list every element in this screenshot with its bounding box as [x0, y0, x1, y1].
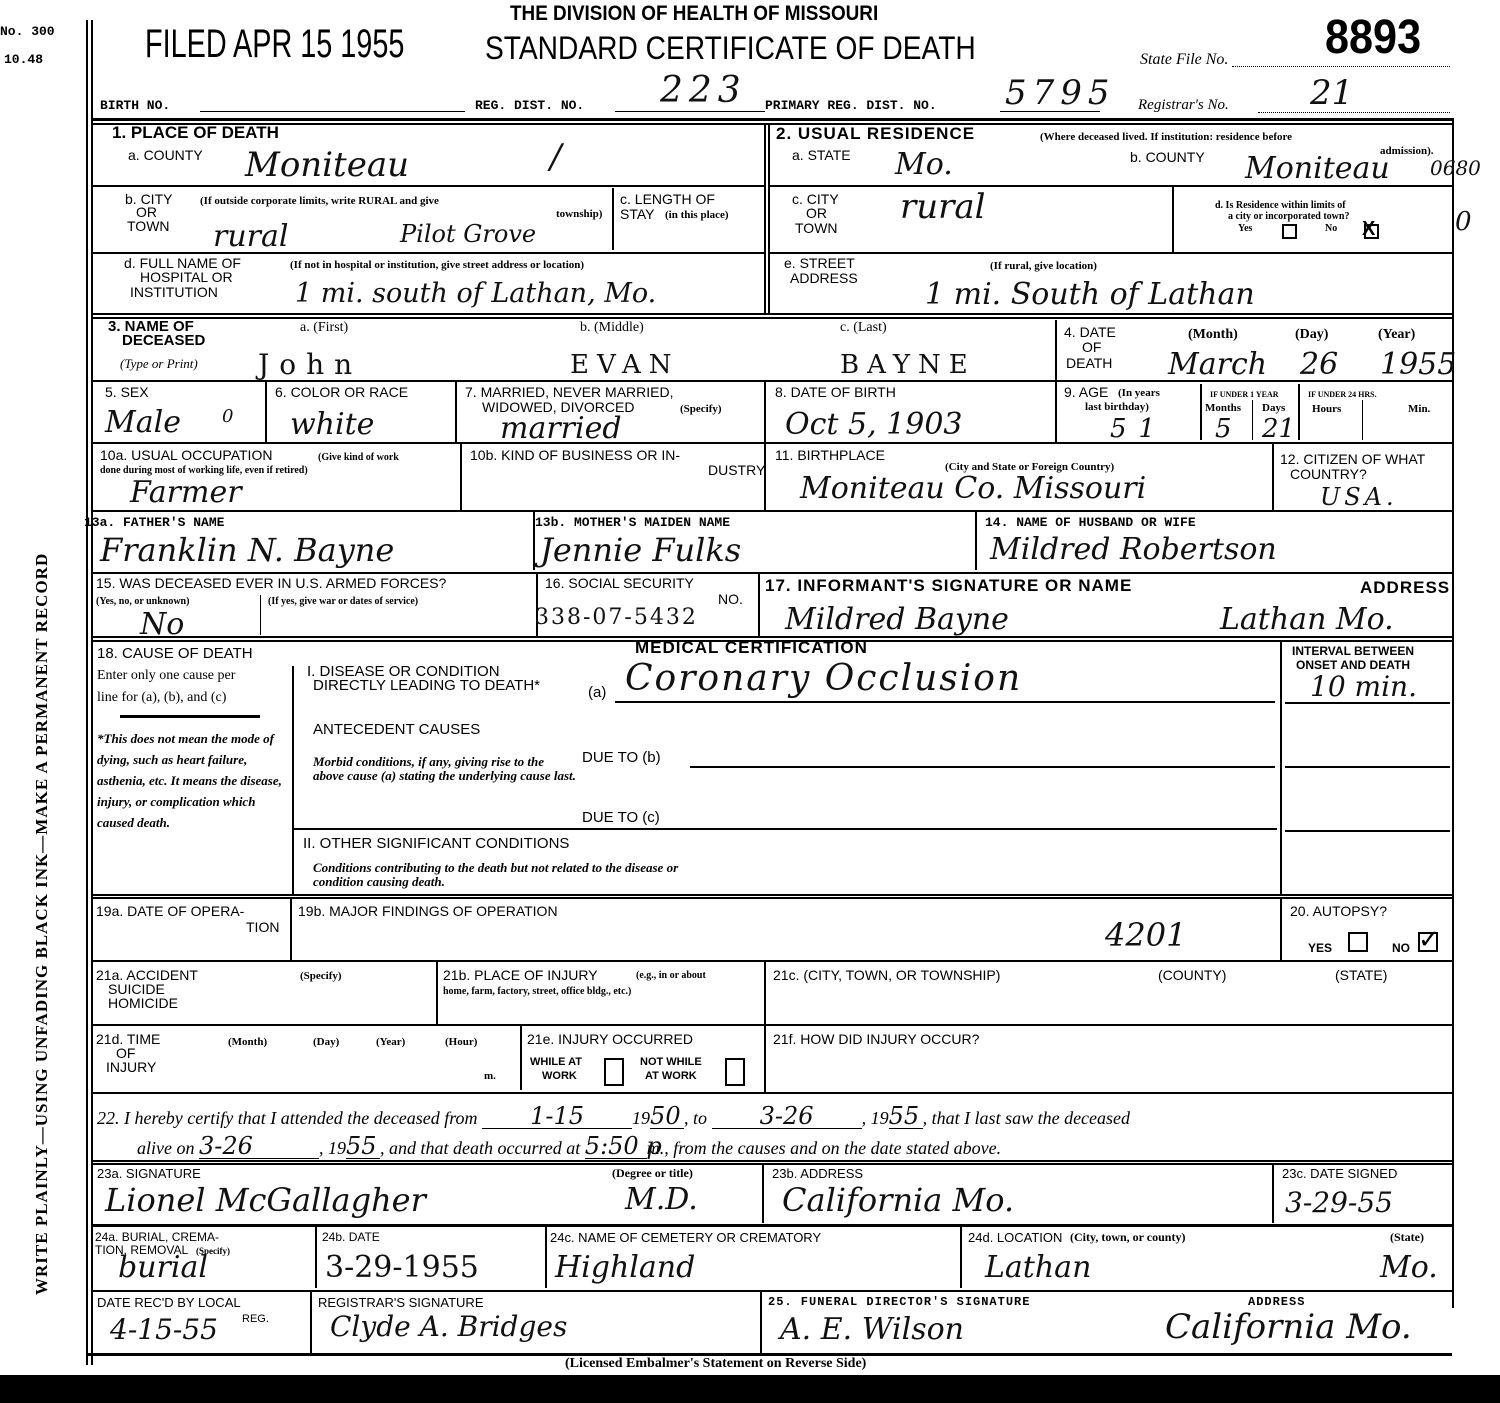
within-yes-label: Yes — [1238, 223, 1252, 235]
cause-footnote: *This does not mean the mode of dying, s… — [97, 728, 282, 833]
rule — [92, 317, 1452, 319]
divider — [265, 382, 267, 442]
while-at-work-label: WHILE AT — [530, 1056, 582, 1068]
funeral-address-value[interactable]: California Mo. — [1165, 1312, 1412, 1342]
other-conditions-label: II. OTHER SIGNIFICANT CONDITIONS — [303, 836, 569, 851]
attended-from-date[interactable]: 1-15 — [482, 1104, 632, 1129]
cause-a-label: (a) — [588, 685, 606, 700]
hospital-hint: (If not in hospital or institution, give… — [290, 259, 584, 271]
residence-city-town: TOWN — [795, 221, 838, 236]
citizen-label-2: COUNTRY? — [1290, 467, 1367, 482]
divider — [612, 188, 614, 250]
not-while-label: NOT WHILE — [640, 1056, 702, 1068]
divider — [764, 962, 766, 1092]
burial-location-value[interactable]: Lathan — [985, 1253, 1091, 1283]
injury-state-label: (STATE) — [1335, 968, 1387, 983]
race-value[interactable]: white — [290, 410, 374, 440]
sex-value[interactable]: Male — [105, 408, 181, 438]
residence-hint: (Where deceased lived. If institution: r… — [1040, 131, 1292, 143]
residence-street-value[interactable]: 1 mi. South of Lathan — [925, 280, 1255, 310]
divider — [1280, 898, 1282, 960]
city-hint: (If outside corporate limits, write RURA… — [200, 195, 439, 207]
residence-city-or: OR — [806, 206, 827, 221]
spouse-value[interactable]: Mildred Robertson — [990, 535, 1277, 565]
informant-label: 17. INFORMANT'S SIGNATURE OR NAME — [765, 578, 1132, 594]
cause-a-line — [615, 701, 1275, 703]
injury-occurred-label: 21e. INJURY OCCURRED — [527, 1032, 693, 1047]
birthplace-label: 11. BIRTHPLACE — [775, 448, 885, 463]
footer-note: (Licensed Embalmer's Statement on Revers… — [565, 1356, 866, 1372]
form-revision: 10.48 — [4, 52, 43, 67]
place-hint: (e.g., in or about — [636, 970, 706, 982]
divider — [1272, 1163, 1274, 1223]
left-border — [86, 20, 88, 1365]
certify-text-2: alive on 3-26, 1955, and that death occu… — [137, 1134, 1001, 1159]
length-of-stay-label: c. LENGTH OF — [620, 192, 715, 207]
ssn-label: 16. SOCIAL SECURITY — [545, 576, 694, 591]
middle-name-value[interactable]: EVAN — [570, 350, 680, 380]
rule — [92, 118, 1452, 121]
dob-value[interactable]: Oct 5, 1903 — [785, 410, 963, 440]
county-label: a. COUNTY — [128, 148, 203, 163]
registrar-number[interactable]: 21 — [1310, 78, 1353, 108]
under-24-label: IF UNDER 24 HRS. — [1308, 389, 1377, 401]
rule — [768, 252, 1452, 254]
divider — [520, 1026, 522, 1090]
divider — [292, 666, 294, 894]
rule — [92, 572, 1452, 574]
operation-findings-label: 19b. MAJOR FINDINGS OF OPERATION — [298, 904, 558, 919]
rule — [92, 1092, 1452, 1094]
divider — [1200, 384, 1202, 440]
spouse-label: 14. NAME OF HUSBAND OR WIFE — [985, 515, 1196, 530]
divider — [768, 123, 770, 313]
certify-line-2-end: m., from the causes and on the date stat… — [647, 1138, 1001, 1158]
while-at-work-checkbox[interactable] — [604, 1058, 624, 1086]
interval-c-field[interactable] — [1285, 830, 1450, 832]
injury-year-label: (Year) — [376, 1036, 405, 1048]
autopsy-yes-label: YES — [1308, 940, 1332, 956]
divider — [1362, 400, 1363, 440]
mother-value[interactable]: Jennie Fulks — [540, 535, 741, 565]
cause-a-value[interactable]: Coronary Occlusion — [625, 664, 1022, 694]
place-of-injury-label: 21b. PLACE OF INJURY — [443, 968, 598, 983]
birth-no-field[interactable] — [200, 111, 465, 112]
burial-state-value[interactable]: Mo. — [1380, 1253, 1438, 1283]
attended-from-year[interactable]: 50 — [650, 1104, 684, 1129]
checkmark-icon: ✓ — [1418, 924, 1440, 955]
cause-b-field[interactable] — [690, 766, 1275, 768]
physician-signature[interactable]: Lionel McGallagher — [105, 1185, 426, 1215]
dob-label: 8. DATE OF BIRTH — [775, 385, 896, 400]
informant-address-value[interactable]: Lathan Mo. — [1220, 605, 1394, 635]
rule — [92, 1163, 1452, 1165]
rule — [92, 1024, 1452, 1026]
rule — [92, 1160, 1452, 1162]
city-label-town: TOWN — [127, 219, 170, 234]
cause-hint: Enter only one cause per — [97, 668, 235, 683]
burial-location-label: 24d. LOCATION — [968, 1230, 1062, 1245]
alive-on-label: alive on — [137, 1138, 194, 1158]
county-mark: / — [550, 142, 561, 172]
death-at-label: , and that death occurred at — [380, 1138, 580, 1158]
informant-address-label: ADDRESS — [1360, 580, 1450, 596]
hospital-label-2: HOSPITAL OR — [140, 270, 233, 285]
rule — [92, 510, 1452, 512]
part1-label-2: DIRECTLY LEADING TO DEATH* — [313, 678, 540, 693]
divider — [1298, 384, 1300, 440]
burial-state-label: (State) — [1390, 1231, 1424, 1243]
residence-state-label: a. STATE — [792, 148, 851, 163]
occupation-label: 10a. USUAL OCCUPATION — [100, 448, 272, 463]
divider — [1280, 640, 1282, 894]
dod-month-value[interactable]: March — [1168, 350, 1267, 380]
street-label: e. STREET — [784, 256, 855, 271]
time-of-injury-injury: INJURY — [106, 1060, 156, 1075]
reg-dist-label: REG. DIST. NO. — [475, 98, 584, 113]
residence-side-code: 0 — [1455, 210, 1472, 234]
not-while-at-work-checkbox[interactable] — [725, 1058, 745, 1086]
funeral-director-label: 25. FUNERAL DIRECTOR'S SIGNATURE — [768, 1295, 1030, 1309]
dod-year-value[interactable]: 1955 — [1380, 350, 1456, 380]
state-file-number[interactable]: 8893 — [1325, 10, 1421, 65]
address-label: ADDRESS — [790, 271, 858, 286]
rule — [92, 185, 764, 187]
divider — [1272, 444, 1274, 510]
age-years-value[interactable]: 51 — [1110, 414, 1167, 444]
primary-reg-dist-number[interactable]: 5795 — [1005, 78, 1116, 108]
due-to-c-label: DUE TO (c) — [582, 810, 660, 825]
stay-label: STAY — [620, 207, 655, 222]
certify-line-1: 22. I hereby certify that I attended the… — [97, 1108, 478, 1128]
father-label: 13a. FATHER'S NAME — [84, 515, 224, 530]
divider — [290, 898, 292, 960]
certify-text: 22. I hereby certify that I attended the… — [97, 1104, 1130, 1129]
rule — [92, 897, 1452, 899]
divider — [764, 444, 766, 510]
within-limits-yes-checkbox[interactable] — [1282, 224, 1297, 239]
divider — [460, 444, 462, 510]
reg-dist-line — [615, 111, 765, 112]
divider — [760, 1292, 762, 1354]
divider — [545, 1226, 547, 1288]
street-hint: (If rural, give location) — [990, 260, 1097, 272]
injury-hour-label: (Hour) — [445, 1036, 477, 1048]
divider — [260, 595, 261, 635]
time-of-death-value[interactable]: 5:50 p — [585, 1134, 647, 1159]
divider — [975, 512, 977, 570]
autopsy-label: 20. AUTOPSY? — [1290, 904, 1387, 919]
antecedent-label: ANTECEDENT CAUSES — [313, 722, 480, 737]
divider — [764, 123, 766, 313]
dod-day-label: (Day) — [1295, 327, 1328, 342]
alive-on-value: 3-26 — [199, 1132, 253, 1160]
within-no-label: No — [1325, 223, 1337, 235]
deceased-label: DECEASED — [122, 333, 205, 349]
divider — [455, 382, 457, 442]
rule — [92, 442, 1452, 444]
armed-hint-2: (If yes, give war or dates of service) — [268, 596, 418, 608]
attended-from-value: 1-15 — [530, 1102, 584, 1130]
residence-county-value[interactable]: Moniteau — [1245, 154, 1390, 184]
date-received-value[interactable]: 4-15-55 — [110, 1315, 218, 1345]
date-signed-value[interactable]: 3-29-55 — [1285, 1188, 1393, 1218]
form-number: No. 300 — [0, 24, 55, 39]
attended-to-year[interactable]: 55 — [889, 1104, 923, 1129]
cemetery-label: 24c. NAME OF CEMETERY OR CREMATORY — [550, 1230, 821, 1245]
hospital-value[interactable]: 1 mi. south of Lathan, Mo. — [295, 282, 656, 306]
funeral-director-value[interactable]: A. E. Wilson — [780, 1315, 964, 1345]
while-at-work-label-2: WORK — [542, 1070, 577, 1082]
occupation-value[interactable]: Farmer — [130, 478, 242, 508]
death-certificate: No. 300 10.48 WRITE PLAINLY—USING UNFADI… — [0, 0, 1500, 1375]
divider — [762, 1163, 764, 1223]
burial-location-hint: (City, town, or county) — [1070, 1231, 1185, 1243]
due-to-b-label: DUE TO (b) — [582, 750, 661, 765]
divider — [960, 1226, 962, 1288]
antecedent-hint: Morbid conditions, if any, giving rise t… — [313, 755, 578, 783]
primary-reg-dist-label: PRIMARY REG. DIST. NO. — [765, 98, 937, 113]
attended-to-date[interactable]: 3-26 — [712, 1104, 862, 1129]
divider — [764, 382, 766, 442]
to-label: , to — [684, 1108, 707, 1128]
physician-address-label: 23b. ADDRESS — [772, 1166, 863, 1181]
agency-name: THE DIVISION OF HEALTH OF MISSOURI — [510, 2, 878, 26]
last-name-label: c. (Last) — [840, 320, 887, 335]
days-label: Days — [1262, 402, 1285, 414]
accident-specify: (Specify) — [300, 970, 342, 982]
date-signed-label: 23c. DATE SIGNED — [1282, 1166, 1397, 1181]
divider — [1252, 400, 1253, 440]
state-file-label: State File No. — [1140, 52, 1228, 67]
mother-label: 13b. MOTHER'S MAIDEN NAME — [535, 515, 730, 530]
divider — [436, 962, 438, 1024]
injury-day-label: (Day) — [313, 1036, 339, 1048]
alive-year-prefix: , 19 — [319, 1138, 346, 1158]
divider — [1055, 382, 1057, 442]
hours-label: Hours — [1312, 403, 1341, 415]
date-of-death-label: 4. DATE — [1064, 325, 1116, 340]
race-label: 6. COLOR OR RACE — [275, 385, 408, 400]
signature-label: 23a. SIGNATURE — [97, 1166, 201, 1181]
physician-degree[interactable]: M.D. — [625, 1185, 698, 1215]
not-while-label-2: AT WORK — [645, 1070, 697, 1082]
business-label-2: DUSTRY — [708, 463, 765, 478]
age-hint-2: last birthday) — [1085, 401, 1149, 413]
rule — [92, 1224, 1452, 1227]
father-value[interactable]: Franklin N. Bayne — [100, 535, 394, 565]
place-of-death-heading: 1. PLACE OF DEATH — [112, 125, 279, 141]
citizen-label: 12. CITIZEN OF WHAT — [1280, 452, 1425, 467]
age-label: 9. AGE — [1064, 385, 1108, 400]
place-hint-2: home, farm, factory, street, office bldg… — [443, 986, 631, 998]
residence-state-value[interactable]: Mo. — [895, 150, 953, 180]
type-or-print-label: (Type or Print) — [120, 356, 198, 371]
cause-c-field[interactable] — [292, 828, 1277, 830]
ssn-value[interactable]: 338-07-5432 — [535, 606, 698, 630]
attended-to-value: 3-26 — [760, 1102, 814, 1130]
residence-city-value[interactable]: rural — [900, 192, 986, 222]
dod-year-label: (Year) — [1378, 327, 1415, 342]
age-hint: (In years — [1118, 387, 1160, 399]
rule — [92, 252, 764, 254]
reg-dist-number[interactable]: 223 — [660, 76, 747, 106]
degree-label: (Degree or title) — [612, 1167, 693, 1179]
date-of-death-of: OF — [1082, 340, 1101, 355]
interval-a-line — [1285, 702, 1450, 704]
form-title: STANDARD CERTIFICATE OF DEATH — [485, 30, 976, 67]
informant-value[interactable]: Mildred Bayne — [785, 605, 1009, 635]
registrar-signature-value[interactable]: Clyde A. Bridges — [330, 1312, 567, 1342]
cause-hint-2: line for (a), (b), and (c) — [97, 690, 226, 705]
rule — [768, 185, 1452, 187]
burial-date-label: 24b. DATE — [322, 1230, 380, 1245]
ssn-label-no: NO. — [718, 592, 743, 607]
how-injury-label: 21f. HOW DID INJURY OCCUR? — [773, 1032, 979, 1047]
to-year-prefix: , 19 — [862, 1108, 889, 1128]
alive-on-date[interactable]: 3-26 — [199, 1134, 319, 1159]
city-hint-township: township) — [556, 208, 602, 220]
registrar-signature-label: REGISTRAR'S SIGNATURE — [318, 1295, 483, 1310]
rule — [120, 715, 260, 718]
filed-stamp: FILED APR 15 1955 — [145, 22, 404, 67]
divider — [315, 1226, 317, 1288]
rule — [92, 313, 1452, 315]
months-label: Months — [1205, 402, 1241, 414]
min-label: Min. — [1408, 403, 1430, 415]
registrar-no-line — [1258, 112, 1450, 113]
citizen-value[interactable]: USA. — [1320, 482, 1398, 512]
age-months-value[interactable]: 5 — [1215, 414, 1232, 444]
rule — [92, 960, 1452, 962]
age-days-value[interactable]: 21 — [1262, 414, 1295, 444]
reg-label: REG. — [242, 1312, 269, 1327]
dod-month-label: (Month) — [1188, 327, 1238, 342]
side-instruction: WRITE PLAINLY—USING UNFADING BLACK INK—M… — [32, 553, 52, 1295]
middle-name-label: b. (Middle) — [580, 320, 644, 335]
death-county-value[interactable]: Moniteau — [245, 150, 409, 180]
death-city-value[interactable]: rural — [213, 222, 288, 252]
autopsy-yes-checkbox[interactable] — [1348, 932, 1368, 952]
certify-line-1-end: , that I last saw the deceased — [923, 1108, 1130, 1128]
marital-label: 7. MARRIED, NEVER MARRIED, — [465, 385, 673, 400]
rule — [92, 123, 1452, 125]
divider — [310, 1292, 312, 1354]
interval-b-field[interactable] — [1285, 766, 1450, 768]
rule — [92, 380, 1452, 382]
stay-hint: (in this place) — [665, 209, 729, 221]
last-name-value[interactable]: BAYNE — [840, 350, 976, 380]
homicide-label: HOMICIDE — [108, 996, 178, 1011]
sex-code: 0 — [222, 405, 233, 429]
state-file-line — [1232, 66, 1450, 67]
burial-type-value[interactable]: burial — [118, 1253, 208, 1283]
injury-month-label: (Month) — [228, 1036, 267, 1048]
business-label: 10b. KIND OF BUSINESS OR IN- — [470, 448, 680, 463]
marital-value[interactable]: married — [500, 414, 622, 444]
date-of-death-death: DEATH — [1066, 356, 1112, 371]
hospital-label-3: INSTITUTION — [130, 285, 218, 300]
cause-of-death-label: 18. CAUSE OF DEATH — [97, 646, 253, 661]
from-year-prefix: 19 — [632, 1108, 650, 1128]
interval-a-value[interactable]: 10 min. — [1310, 672, 1417, 702]
divider — [1172, 187, 1174, 252]
registrar-no-label: Registrar's No. — [1138, 98, 1229, 113]
alive-on-year[interactable]: 55 — [346, 1134, 380, 1159]
right-border — [1452, 118, 1454, 1308]
divider — [758, 574, 760, 636]
sex-label: 5. SEX — [105, 385, 149, 400]
birthplace-value[interactable]: Moniteau Co. Missouri — [800, 474, 1146, 504]
injury-city-label: 21c. (CITY, TOWN, OR TOWNSHIP) — [773, 968, 1000, 983]
autopsy-no-label: NO — [1392, 940, 1410, 956]
injury-county-label: (COUNTY) — [1158, 968, 1226, 983]
medical-certification-title: MEDICAL CERTIFICATION — [635, 640, 868, 656]
operation-date-label-2: TION — [246, 920, 279, 935]
birth-no-label: BIRTH NO. — [100, 98, 170, 113]
interval-label: INTERVAL BETWEEN — [1292, 645, 1414, 658]
residence-county-code: 0680 — [1430, 156, 1481, 180]
residence-county-label: b. COUNTY — [1130, 150, 1205, 165]
township-value[interactable]: Pilot Grove — [400, 222, 536, 246]
other-conditions-hint: Conditions contributing to the death but… — [313, 861, 713, 889]
first-name-value[interactable]: John — [258, 350, 362, 380]
code-number: 4201 — [1105, 920, 1186, 950]
under-year-label: IF UNDER 1 YEAR — [1210, 389, 1279, 401]
within-limits-label-2: a city or incorporated town? — [1228, 211, 1349, 223]
checkmark-icon: X — [1362, 218, 1375, 241]
marital-hint: (Specify) — [680, 403, 722, 415]
rule — [92, 894, 1452, 896]
cemetery-value[interactable]: Highland — [555, 1253, 695, 1283]
usual-residence-heading: 2. USUAL RESIDENCE — [776, 126, 975, 142]
occupation-hint: (Give kind of work — [318, 452, 399, 464]
operation-date-label: 19a. DATE OF OPERA- — [96, 904, 244, 919]
dod-day-value[interactable]: 26 — [1300, 350, 1338, 380]
first-name-label: a. (First) — [300, 320, 348, 335]
injury-m-label: m. — [484, 1070, 496, 1082]
rule — [92, 1290, 1452, 1292]
physician-address-value[interactable]: California Mo. — [782, 1185, 1014, 1215]
date-received-label: DATE REC'D BY LOCAL — [97, 1295, 241, 1310]
divider — [1055, 320, 1057, 380]
armed-forces-label: 15. WAS DECEASED EVER IN U.S. ARMED FORC… — [96, 576, 446, 591]
burial-date-value[interactable]: 3-29-1955 — [325, 1253, 479, 1283]
